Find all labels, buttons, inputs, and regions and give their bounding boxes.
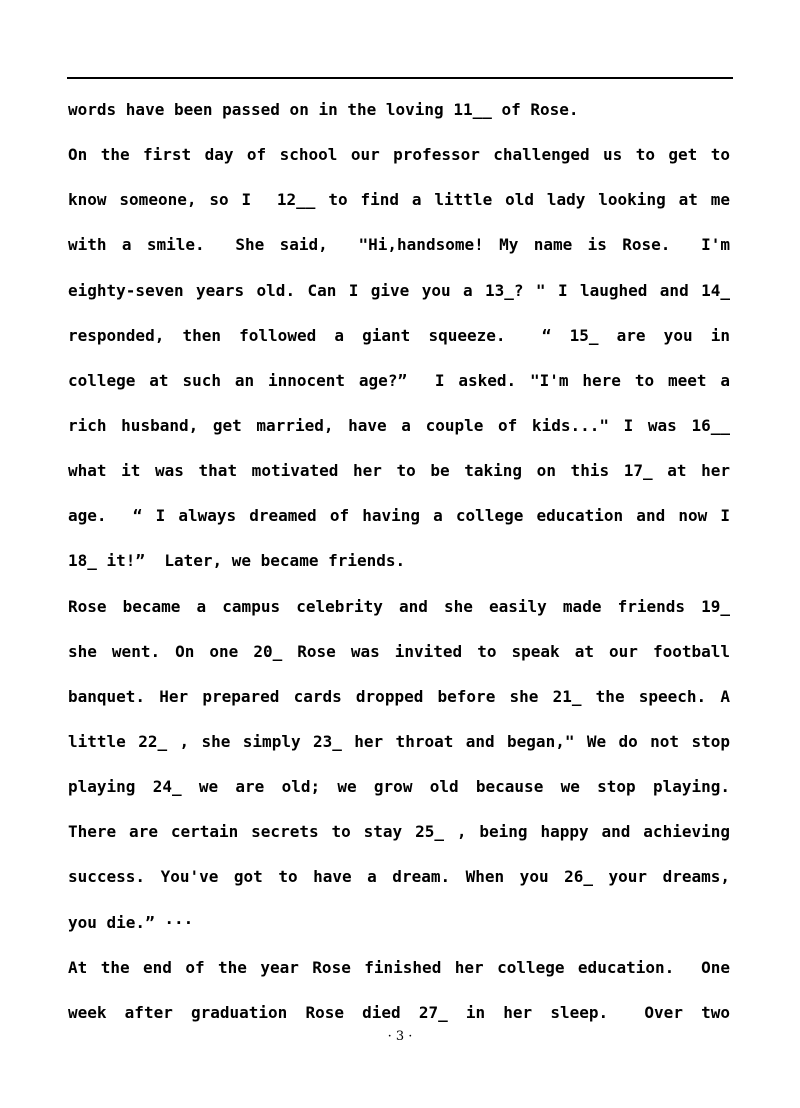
passage-line: On the first day of school our professor… [68, 132, 730, 177]
passage-line: playing 24_ we are old; we grow old beca… [68, 764, 730, 809]
passage-line: know someone, so I 12__ to find a little… [68, 177, 730, 222]
passage-line: responded, then followed a giant squeeze… [68, 313, 730, 358]
passage-line: There are certain secrets to stay 25_ , … [68, 809, 730, 854]
passage-line: words have been passed on in the loving … [68, 87, 730, 132]
header-rule [67, 77, 733, 79]
passage-line: 18_ it!” Later, we became friends. [68, 538, 730, 583]
document-page: words have been passed on in the loving … [0, 0, 800, 1108]
passage-line: eighty-seven years old. Can I give you a… [68, 268, 730, 313]
passage-line: college at such an innocent age?” I aske… [68, 358, 730, 403]
passage-line: banquet. Her prepared cards dropped befo… [68, 674, 730, 719]
passage-line: with a smile. She said, "Hi,handsome! My… [68, 222, 730, 267]
passage-line: rich husband, get married, have a couple… [68, 403, 730, 448]
passage-line: little 22_ , she simply 23_ her throat a… [68, 719, 730, 764]
passage-line: she went. On one 20_ Rose was invited to… [68, 629, 730, 674]
passage-line: age. “ I always dreamed of having a coll… [68, 493, 730, 538]
passage: words have been passed on in the loving … [68, 87, 730, 1035]
passage-line: you die.” ··· [68, 900, 730, 945]
passage-line: what it was that motivated her to be tak… [68, 448, 730, 493]
page-number: · 3 · [0, 1029, 800, 1044]
passage-line: Rose became a campus celebrity and she e… [68, 584, 730, 629]
passage-line: success. You've got to have a dream. Whe… [68, 854, 730, 899]
passage-line: At the end of the year Rose finished her… [68, 945, 730, 990]
